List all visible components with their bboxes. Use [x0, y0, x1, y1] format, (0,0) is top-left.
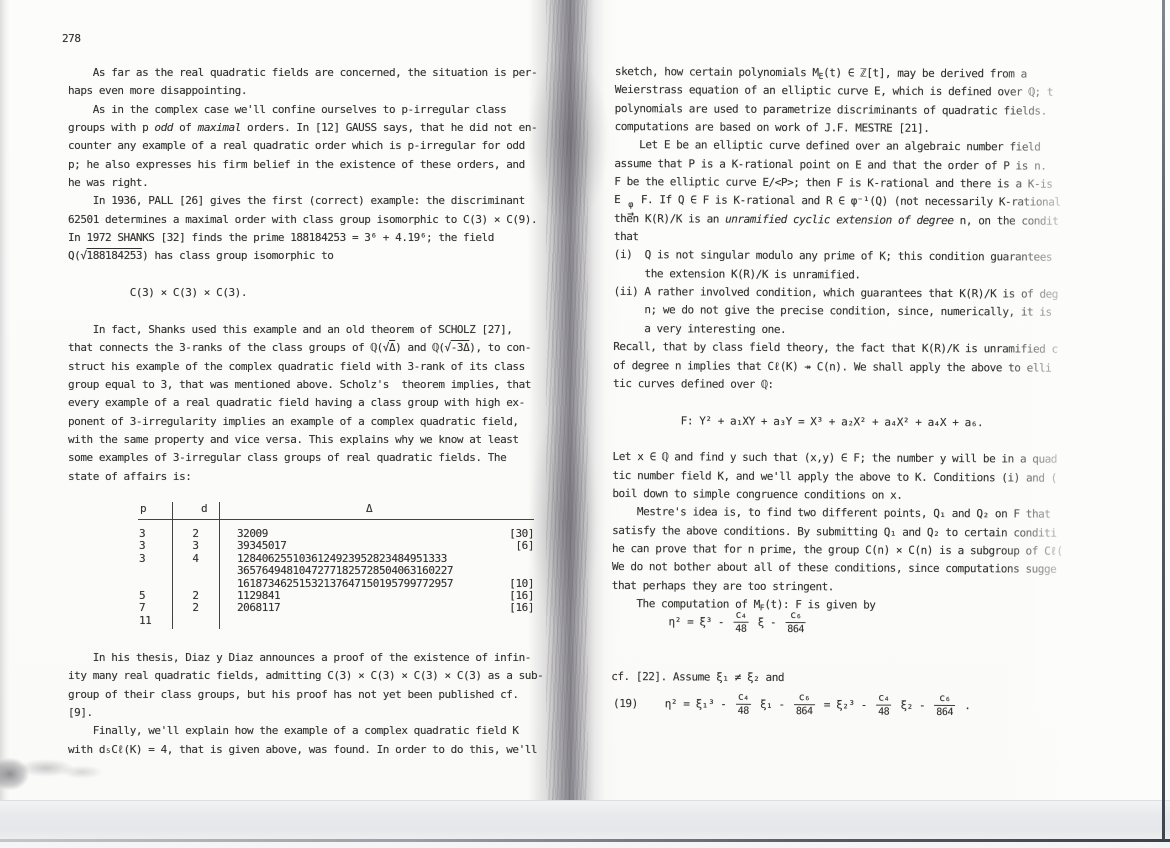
equation-19-label: (19)	[613, 697, 638, 710]
book-scan: 278 As far as the real quadratic fields …	[0, 0, 1170, 848]
fraction: c₄48	[733, 610, 748, 635]
fraction: c₄48	[876, 693, 891, 718]
equation-19-body: η² = ξ₁³ - c₄48 ξ₁ - c₆864 = ξ₂³ - c₄48 …	[665, 691, 971, 718]
equation-19: (19) η² = ξ₁³ - c₄48 ξ₁ - c₆864 = ξ₂³ - …	[613, 691, 971, 718]
scanner-bed-strip	[0, 800, 1170, 840]
scanner-bed-below	[0, 842, 1170, 848]
fraction: c₆864	[794, 692, 815, 717]
equation-eta: η² = ξ³ - c₄48 ξ - c₆864	[668, 609, 809, 635]
page-edge-line	[1162, 0, 1165, 840]
fraction: c₆864	[934, 693, 955, 718]
right-page: sketch, how certain polynomials ME(t) ∈ …	[0, 0, 1170, 803]
fraction: c₆864	[785, 610, 806, 635]
fraction: c₄48	[736, 692, 751, 717]
right-margin-fade	[1000, 0, 1163, 800]
